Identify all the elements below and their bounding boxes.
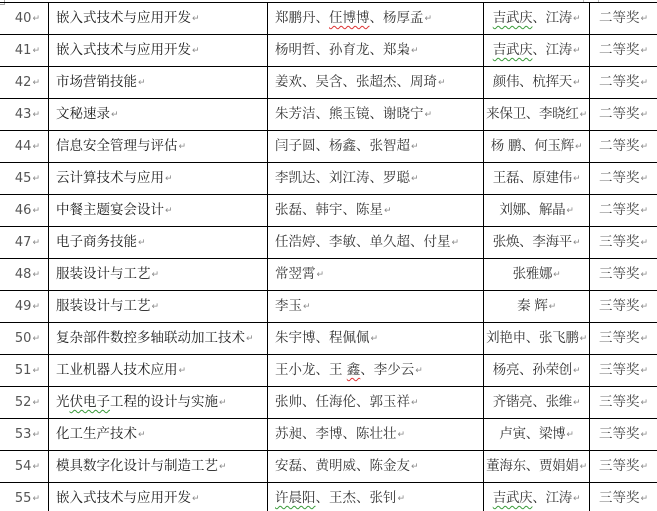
project-name: 电子商务技能 bbox=[56, 234, 137, 250]
teacher-names: 卢寅、梁博 bbox=[499, 426, 565, 442]
teacher-names: 杨亮、孙荣创 bbox=[493, 362, 572, 378]
row-number: 47 bbox=[15, 235, 32, 250]
teacher-names: 吉武庆、江涛 bbox=[493, 490, 572, 506]
table-row: 52↵ 光伏电子工程的设计与实施↵ 张帅、任海伦、郭玉祥↵ 齐锴亮、张维↵ 三等… bbox=[0, 387, 657, 419]
project-cell[interactable]: 复杂部件数控多轴联动加工技术↵ bbox=[49, 323, 268, 355]
students-cell[interactable]: 张帅、任海伦、郭玉祥↵ bbox=[268, 387, 484, 419]
teacher-names: 杨 鹏、何玉辉 bbox=[491, 138, 574, 154]
project-name: 嵌入式技术与应用开发 bbox=[56, 490, 191, 506]
table-row: 46↵ 中餐主题宴会设计↵ 张磊、韩宇、陈星↵ 刘娜、解晶↵ 二等奖↵ bbox=[0, 195, 657, 227]
prize-cell[interactable]: 三等奖↵ bbox=[590, 483, 657, 511]
paragraph-mark-icon: ↵ bbox=[640, 398, 648, 408]
paragraph-mark-icon: ↵ bbox=[553, 270, 560, 280]
paragraph-mark-icon: ↵ bbox=[138, 78, 146, 88]
paragraph-mark-icon: ↵ bbox=[573, 366, 580, 376]
table-row: 47↵ 电子商务技能↵ 任浩婷、李敏、单久超、付星↵ 张焕、李海平↵ 三等奖↵ bbox=[0, 227, 657, 259]
prize-cell[interactable]: 二等奖↵ bbox=[590, 163, 657, 195]
paragraph-mark-icon: ↵ bbox=[219, 462, 227, 472]
prize-level: 二等奖 bbox=[599, 106, 640, 122]
row-number-cell[interactable]: 50↵ bbox=[0, 323, 49, 355]
student-names: 安磊、黄明威、陈金友 bbox=[275, 458, 410, 474]
student-names: 李凯达、刘江涛、罗聪 bbox=[275, 170, 410, 186]
paragraph-mark-icon: ↵ bbox=[138, 430, 146, 440]
prize-level: 二等奖 bbox=[599, 10, 640, 26]
grammar-error-mark: 吉武庆 bbox=[493, 490, 533, 506]
paragraph-mark-icon: ↵ bbox=[640, 462, 648, 472]
project-name: 化工生产技术 bbox=[56, 426, 137, 442]
students-cell[interactable]: 张磊、韩宇、陈星↵ bbox=[268, 195, 484, 227]
paragraph-mark-icon: ↵ bbox=[640, 366, 648, 376]
row-number-cell[interactable]: 45↵ bbox=[0, 163, 49, 195]
paragraph-mark-icon: ↵ bbox=[640, 78, 648, 88]
teachers-cell[interactable]: 张雅娜↵ bbox=[484, 259, 590, 291]
paragraph-mark-icon: ↵ bbox=[573, 78, 580, 88]
table-row: 44↵ 信息安全管理与评估↵ 闫子圆、杨鑫、张智超↵ 杨 鹏、何玉辉↵ 二等奖↵ bbox=[0, 131, 657, 163]
row-number: 42 bbox=[15, 75, 32, 90]
teachers-cell[interactable]: 张焕、李海平↵ bbox=[484, 227, 590, 259]
teacher-names: 董海东、贾娟娟 bbox=[486, 458, 578, 474]
paragraph-mark-icon: ↵ bbox=[179, 142, 187, 152]
table-row: 49↵ 服装设计与工艺↵ 李玉↵ 秦 辉↵ 三等奖↵ bbox=[0, 291, 657, 323]
prize-cell[interactable]: 三等奖↵ bbox=[590, 227, 657, 259]
row-number-cell[interactable]: 44↵ bbox=[0, 131, 49, 163]
students-cell[interactable]: 常翌霄↵ bbox=[268, 259, 484, 291]
project-name: 中餐主题宴会设计 bbox=[56, 202, 164, 218]
prize-cell[interactable]: 三等奖↵ bbox=[590, 323, 657, 355]
project-cell[interactable]: 服装设计与工艺↵ bbox=[49, 291, 268, 323]
row-number-cell[interactable]: 51↵ bbox=[0, 355, 49, 387]
paragraph-mark-icon: ↵ bbox=[192, 14, 200, 24]
students-cell[interactable]: 李凯达、刘江涛、罗聪↵ bbox=[268, 163, 484, 195]
row-number-cell[interactable]: 46↵ bbox=[0, 195, 49, 227]
prize-level: 二等奖 bbox=[599, 202, 640, 218]
students-cell[interactable]: 姜欢、吴含、张超杰、周琦↵ bbox=[268, 67, 484, 99]
project-cell[interactable]: 电子商务技能↵ bbox=[49, 227, 268, 259]
prize-cell[interactable]: 三等奖↵ bbox=[590, 259, 657, 291]
prize-level: 三等奖 bbox=[599, 266, 640, 282]
row-number-cell[interactable]: 40↵ bbox=[0, 3, 49, 35]
project-name: 复杂部件数控多轴联动加工技术 bbox=[56, 330, 245, 346]
project-cell[interactable]: 光伏电子工程的设计与实施↵ bbox=[49, 387, 268, 419]
prize-level: 二等奖 bbox=[599, 74, 640, 90]
students-cell[interactable]: 李玉↵ bbox=[268, 291, 484, 323]
row-number-cell[interactable]: 49↵ bbox=[0, 291, 49, 323]
paragraph-mark-icon: ↵ bbox=[219, 398, 227, 408]
prize-level: 二等奖 bbox=[599, 42, 640, 58]
table-row: 55↵ 嵌入式技术与应用开发↵ 许晨阳、王杰、张钊↵ 吉武庆、江涛↵ 三等奖↵ bbox=[0, 483, 657, 511]
students-cell[interactable]: 朱宇博、程佩佩↵ bbox=[268, 323, 484, 355]
row-number: 41 bbox=[15, 43, 32, 58]
paragraph-mark-icon: ↵ bbox=[398, 430, 406, 440]
teachers-cell[interactable]: 杨亮、孙荣创↵ bbox=[484, 355, 590, 387]
paragraph-mark-icon: ↵ bbox=[640, 174, 648, 184]
paragraph-mark-icon: ↵ bbox=[371, 334, 379, 344]
paragraph-mark-icon: ↵ bbox=[640, 110, 648, 120]
paragraph-mark-icon: ↵ bbox=[452, 238, 460, 248]
paragraph-mark-icon: ↵ bbox=[32, 110, 40, 120]
paragraph-mark-icon: ↵ bbox=[111, 110, 119, 120]
project-cell[interactable]: 模具数字化设计与制造工艺↵ bbox=[49, 451, 268, 483]
paragraph-mark-icon: ↵ bbox=[192, 46, 200, 56]
table-row: 48↵ 服装设计与工艺↵ 常翌霄↵ 张雅娜↵ 三等奖↵ bbox=[0, 259, 657, 291]
teacher-names: 张焕、李海平 bbox=[493, 234, 572, 250]
row-number-cell[interactable]: 43↵ bbox=[0, 99, 49, 131]
paragraph-mark-icon: ↵ bbox=[573, 238, 580, 248]
grammar-error-mark: 许晨阳 bbox=[275, 490, 316, 506]
row-number-cell[interactable]: 42↵ bbox=[0, 67, 49, 99]
row-number: 55 bbox=[15, 491, 32, 506]
paragraph-mark-icon: ↵ bbox=[580, 462, 587, 472]
paragraph-mark-icon: ↵ bbox=[640, 238, 648, 248]
row-number-cell[interactable]: 53↵ bbox=[0, 419, 49, 451]
row-number-cell[interactable]: 52↵ bbox=[0, 387, 49, 419]
teacher-names: 刘娜、解晶 bbox=[499, 202, 565, 218]
paragraph-mark-icon: ↵ bbox=[32, 494, 40, 504]
paragraph-mark-icon: ↵ bbox=[32, 142, 40, 152]
student-names: 任浩婷、李敏、单久超、付星 bbox=[275, 234, 451, 250]
project-name: 嵌入式技术与应用开发 bbox=[56, 10, 191, 26]
teachers-cell[interactable]: 卢寅、梁博↵ bbox=[484, 419, 590, 451]
paragraph-mark-icon: ↵ bbox=[179, 366, 187, 376]
project-name: 工业机器人技术应用 bbox=[56, 362, 178, 378]
paragraph-mark-icon: ↵ bbox=[573, 14, 580, 24]
paragraph-mark-icon: ↵ bbox=[32, 366, 40, 376]
paragraph-mark-icon: ↵ bbox=[415, 366, 423, 376]
student-names: 张磊、韩宇、陈星 bbox=[275, 202, 383, 218]
paragraph-mark-icon: ↵ bbox=[640, 46, 648, 56]
prize-level: 三等奖 bbox=[599, 234, 640, 250]
row-number: 52 bbox=[15, 395, 32, 410]
project-cell[interactable]: 文秘速录↵ bbox=[49, 99, 268, 131]
table-row: 43↵ 文秘速录↵ 朱芳洁、熊玉镜、谢晓宁↵ 来保卫、李晓红↵ 二等奖↵ bbox=[0, 99, 657, 131]
row-number: 49 bbox=[15, 299, 32, 314]
paragraph-mark-icon: ↵ bbox=[549, 302, 556, 312]
prize-cell[interactable]: 二等奖↵ bbox=[590, 195, 657, 227]
table-row: 41↵ 嵌入式技术与应用开发↵ 杨明哲、孙育龙、郑枭↵ 吉武庆、江涛↵ 二等奖↵ bbox=[0, 35, 657, 67]
project-cell[interactable]: 化工生产技术↵ bbox=[49, 419, 268, 451]
prize-level: 三等奖 bbox=[599, 426, 640, 442]
student-names: 杨明哲、孙育龙、郑枭 bbox=[275, 42, 410, 58]
paragraph-mark-icon: ↵ bbox=[165, 206, 173, 216]
paragraph-mark-icon: ↵ bbox=[32, 270, 40, 280]
students-cell[interactable]: 许晨阳、王杰、张钊↵ bbox=[268, 483, 484, 511]
grammar-error-mark: 伏电子 bbox=[70, 394, 111, 410]
row-number: 40 bbox=[15, 11, 32, 26]
teacher-names: 吉武庆、江涛 bbox=[493, 10, 572, 26]
prize-cell[interactable]: 三等奖↵ bbox=[590, 291, 657, 323]
row-number: 46 bbox=[15, 203, 32, 218]
paragraph-mark-icon: ↵ bbox=[32, 430, 40, 440]
project-name: 信息安全管理与评估 bbox=[56, 138, 178, 154]
table-row: 50↵ 复杂部件数控多轴联动加工技术↵ 朱宇博、程佩佩↵ 刘艳申、张飞鹏↵ 三等… bbox=[0, 323, 657, 355]
teacher-names: 颜伟、杭挥天 bbox=[493, 74, 572, 90]
paragraph-mark-icon: ↵ bbox=[640, 430, 648, 440]
paragraph-mark-icon: ↵ bbox=[32, 334, 40, 344]
project-name: 文秘速录 bbox=[56, 106, 110, 122]
prize-cell[interactable]: 三等奖↵ bbox=[590, 355, 657, 387]
paragraph-mark-icon: ↵ bbox=[32, 302, 40, 312]
teacher-names: 刘艳申、张飞鹏 bbox=[486, 330, 578, 346]
paragraph-mark-icon: ↵ bbox=[640, 494, 648, 504]
paragraph-mark-icon: ↵ bbox=[246, 334, 254, 344]
row-number: 45 bbox=[15, 171, 32, 186]
paragraph-mark-icon: ↵ bbox=[32, 14, 40, 24]
paragraph-mark-icon: ↵ bbox=[640, 206, 648, 216]
teachers-cell[interactable]: 来保卫、李晓红↵ bbox=[484, 99, 590, 131]
row-number-cell[interactable]: 41↵ bbox=[0, 35, 49, 67]
students-cell[interactable]: 闫子圆、杨鑫、张智超↵ bbox=[268, 131, 484, 163]
student-names: 许晨阳、王杰、张钊 bbox=[275, 490, 397, 506]
students-cell[interactable]: 苏昶、李博、陈壮壮↵ bbox=[268, 419, 484, 451]
paragraph-mark-icon: ↵ bbox=[640, 270, 648, 280]
students-cell[interactable]: 任浩婷、李敏、单久超、付星↵ bbox=[268, 227, 484, 259]
teachers-cell[interactable]: 吉武庆、江涛↵ bbox=[484, 483, 590, 511]
prize-cell[interactable]: 三等奖↵ bbox=[590, 451, 657, 483]
prize-level: 三等奖 bbox=[599, 298, 640, 314]
row-number: 48 bbox=[15, 267, 32, 282]
paragraph-mark-icon: ↵ bbox=[411, 174, 419, 184]
teachers-cell[interactable]: 吉武庆、江涛↵ bbox=[484, 3, 590, 35]
paragraph-mark-icon: ↵ bbox=[32, 206, 40, 216]
row-number: 50 bbox=[15, 331, 32, 346]
paragraph-mark-icon: ↵ bbox=[32, 174, 40, 184]
row-number-cell[interactable]: 47↵ bbox=[0, 227, 49, 259]
row-number: 44 bbox=[15, 139, 32, 154]
prize-cell[interactable]: 二等奖↵ bbox=[590, 35, 657, 67]
project-cell[interactable]: 中餐主题宴会设计↵ bbox=[49, 195, 268, 227]
paragraph-mark-icon: ↵ bbox=[573, 494, 580, 504]
prize-level: 三等奖 bbox=[599, 394, 640, 410]
project-name: 服装设计与工艺 bbox=[56, 298, 151, 314]
project-name: 模具数字化设计与制造工艺 bbox=[56, 458, 218, 474]
students-cell[interactable]: 杨明哲、孙育龙、郑枭↵ bbox=[268, 35, 484, 67]
awards-table: 40↵ 嵌入式技术与应用开发↵ 郑鹏丹、仼博博、杨厚孟↵ 吉武庆、江涛↵ 二等奖… bbox=[0, 2, 657, 511]
student-names: 郑鹏丹、仼博博、杨厚孟 bbox=[275, 10, 424, 26]
table-row: 40↵ 嵌入式技术与应用开发↵ 郑鹏丹、仼博博、杨厚孟↵ 吉武庆、江涛↵ 二等奖… bbox=[0, 3, 657, 35]
spelling-error-mark: 鑫 bbox=[347, 362, 361, 378]
row-number-cell[interactable]: 54↵ bbox=[0, 451, 49, 483]
prize-level: 二等奖 bbox=[599, 138, 640, 154]
grammar-error-mark: 吉武庆 bbox=[493, 10, 533, 26]
prize-level: 三等奖 bbox=[599, 362, 640, 378]
prize-cell[interactable]: 二等奖↵ bbox=[590, 3, 657, 35]
teacher-names: 王磊、原建伟 bbox=[493, 170, 572, 186]
row-number-cell[interactable]: 55↵ bbox=[0, 483, 49, 511]
prize-cell[interactable]: 三等奖↵ bbox=[590, 387, 657, 419]
project-cell[interactable]: 嵌入式技术与应用开发↵ bbox=[49, 483, 268, 511]
teachers-cell[interactable]: 杨 鹏、何玉辉↵ bbox=[484, 131, 590, 163]
paragraph-mark-icon: ↵ bbox=[152, 270, 160, 280]
prize-cell[interactable]: 二等奖↵ bbox=[590, 99, 657, 131]
paragraph-mark-icon: ↵ bbox=[425, 110, 433, 120]
paragraph-mark-icon: ↵ bbox=[165, 174, 173, 184]
teachers-cell[interactable]: 刘艳申、张飞鹏↵ bbox=[484, 323, 590, 355]
row-number: 54 bbox=[15, 459, 32, 474]
project-name: 服装设计与工艺 bbox=[56, 266, 151, 282]
row-number: 43 bbox=[15, 107, 32, 122]
prize-cell[interactable]: 三等奖↵ bbox=[590, 419, 657, 451]
project-name: 市场营销技能 bbox=[56, 74, 137, 90]
paragraph-mark-icon: ↵ bbox=[32, 46, 40, 56]
paragraph-mark-icon: ↵ bbox=[152, 302, 160, 312]
paragraph-mark-icon: ↵ bbox=[32, 238, 40, 248]
paragraph-mark-icon: ↵ bbox=[32, 462, 40, 472]
project-cell[interactable]: 市场营销技能↵ bbox=[49, 67, 268, 99]
project-cell[interactable]: 工业机器人技术应用↵ bbox=[49, 355, 268, 387]
paragraph-mark-icon: ↵ bbox=[32, 398, 40, 408]
student-names: 姜欢、吴含、张超杰、周琦 bbox=[275, 74, 437, 90]
table-row: 54↵ 模具数字化设计与制造工艺↵ 安磊、黄明威、陈金友↵ 董海东、贾娟娟↵ 三… bbox=[0, 451, 657, 483]
student-names: 王小龙、王 鑫、李少云 bbox=[275, 362, 414, 378]
students-cell[interactable]: 朱芳洁、熊玉镜、谢晓宁↵ bbox=[268, 99, 484, 131]
teachers-cell[interactable]: 王磊、原建伟↵ bbox=[484, 163, 590, 195]
student-names: 朱芳洁、熊玉镜、谢晓宁 bbox=[275, 106, 424, 122]
paragraph-mark-icon: ↵ bbox=[566, 430, 573, 440]
paragraph-mark-icon: ↵ bbox=[640, 302, 648, 312]
prize-cell[interactable]: 二等奖↵ bbox=[590, 67, 657, 99]
teacher-names: 齐锴亮、张维 bbox=[493, 394, 572, 410]
table-row: 42↵ 市场营销技能↵ 姜欢、吴含、张超杰、周琦↵ 颜伟、杭挥天↵ 二等奖↵ bbox=[0, 67, 657, 99]
teacher-names: 吉武庆、江涛 bbox=[493, 42, 572, 58]
paragraph-mark-icon: ↵ bbox=[640, 14, 648, 24]
project-name: 云计算技术与应用 bbox=[56, 170, 164, 186]
teacher-names: 张雅娜 bbox=[513, 266, 553, 282]
paragraph-mark-icon: ↵ bbox=[138, 238, 146, 248]
table-row: 45↵ 云计算技术与应用↵ 李凯达、刘江涛、罗聪↵ 王磊、原建伟↵ 二等奖↵ bbox=[0, 163, 657, 195]
paragraph-mark-icon: ↵ bbox=[317, 270, 325, 280]
project-cell[interactable]: 云计算技术与应用↵ bbox=[49, 163, 268, 195]
paragraph-mark-icon: ↵ bbox=[573, 46, 580, 56]
teacher-names: 来保卫、李晓红 bbox=[486, 106, 578, 122]
teacher-names: 秦 辉 bbox=[517, 298, 547, 314]
paragraph-mark-icon: ↵ bbox=[411, 142, 419, 152]
students-cell[interactable]: 王小龙、王 鑫、李少云↵ bbox=[268, 355, 484, 387]
paragraph-mark-icon: ↵ bbox=[411, 462, 419, 472]
student-names: 常翌霄 bbox=[275, 266, 316, 282]
spelling-error-mark: 仼博博 bbox=[329, 10, 370, 26]
student-names: 李玉 bbox=[275, 298, 302, 314]
paragraph-mark-icon: ↵ bbox=[575, 142, 582, 152]
project-cell[interactable]: 信息安全管理与评估↵ bbox=[49, 131, 268, 163]
teachers-cell[interactable]: 秦 辉↵ bbox=[484, 291, 590, 323]
prize-level: 三等奖 bbox=[599, 330, 640, 346]
paragraph-mark-icon: ↵ bbox=[640, 142, 648, 152]
paragraph-mark-icon: ↵ bbox=[425, 14, 433, 24]
project-cell[interactable]: 嵌入式技术与应用开发↵ bbox=[49, 3, 268, 35]
student-names: 苏昶、李博、陈壮壮 bbox=[275, 426, 397, 442]
paragraph-mark-icon: ↵ bbox=[32, 78, 40, 88]
students-cell[interactable]: 郑鹏丹、仼博博、杨厚孟↵ bbox=[268, 3, 484, 35]
awards-table-body: 40↵ 嵌入式技术与应用开发↵ 郑鹏丹、仼博博、杨厚孟↵ 吉武庆、江涛↵ 二等奖… bbox=[0, 3, 657, 511]
paragraph-mark-icon: ↵ bbox=[580, 110, 587, 120]
teachers-cell[interactable]: 刘娜、解晶↵ bbox=[484, 195, 590, 227]
project-name: 嵌入式技术与应用开发 bbox=[56, 42, 191, 58]
paragraph-mark-icon: ↵ bbox=[640, 334, 648, 344]
grammar-error-mark: 吉武庆 bbox=[493, 42, 533, 58]
paragraph-mark-icon: ↵ bbox=[573, 398, 580, 408]
teachers-cell[interactable]: 董海东、贾娟娟↵ bbox=[484, 451, 590, 483]
paragraph-mark-icon: ↵ bbox=[411, 46, 419, 56]
teachers-cell[interactable]: 齐锴亮、张维↵ bbox=[484, 387, 590, 419]
paragraph-mark-icon: ↵ bbox=[303, 302, 311, 312]
row-number-cell[interactable]: 48↵ bbox=[0, 259, 49, 291]
prize-level: 二等奖 bbox=[599, 170, 640, 186]
paragraph-mark-icon: ↵ bbox=[573, 174, 580, 184]
project-name: 光伏电子工程的设计与实施 bbox=[56, 394, 218, 410]
prize-cell[interactable]: 二等奖↵ bbox=[590, 131, 657, 163]
teachers-cell[interactable]: 吉武庆、江涛↵ bbox=[484, 35, 590, 67]
students-cell[interactable]: 安磊、黄明威、陈金友↵ bbox=[268, 451, 484, 483]
paragraph-mark-icon: ↵ bbox=[580, 334, 587, 344]
teachers-cell[interactable]: 颜伟、杭挥天↵ bbox=[484, 67, 590, 99]
paragraph-mark-icon: ↵ bbox=[438, 78, 446, 88]
project-cell[interactable]: 服装设计与工艺↵ bbox=[49, 259, 268, 291]
paragraph-mark-icon: ↵ bbox=[398, 494, 406, 504]
table-row: 53↵ 化工生产技术↵ 苏昶、李博、陈壮壮↵ 卢寅、梁博↵ 三等奖↵ bbox=[0, 419, 657, 451]
prize-level: 三等奖 bbox=[599, 490, 640, 506]
row-number: 53 bbox=[15, 427, 32, 442]
paragraph-mark-icon: ↵ bbox=[192, 494, 200, 504]
project-cell[interactable]: 嵌入式技术与应用开发↵ bbox=[49, 35, 268, 67]
paragraph-mark-icon: ↵ bbox=[411, 398, 419, 408]
row-number: 51 bbox=[15, 363, 32, 378]
prize-level: 三等奖 bbox=[599, 458, 640, 474]
document-page: 40↵ 嵌入式技术与应用开发↵ 郑鹏丹、仼博博、杨厚孟↵ 吉武庆、江涛↵ 二等奖… bbox=[0, 2, 657, 511]
student-names: 朱宇博、程佩佩 bbox=[275, 330, 370, 346]
paragraph-mark-icon: ↵ bbox=[566, 206, 573, 216]
student-names: 闫子圆、杨鑫、张智超 bbox=[275, 138, 410, 154]
table-row: 51↵ 工业机器人技术应用↵ 王小龙、王 鑫、李少云↵ 杨亮、孙荣创↵ 三等奖↵ bbox=[0, 355, 657, 387]
student-names: 张帅、任海伦、郭玉祥 bbox=[275, 394, 410, 410]
paragraph-mark-icon: ↵ bbox=[384, 206, 392, 216]
